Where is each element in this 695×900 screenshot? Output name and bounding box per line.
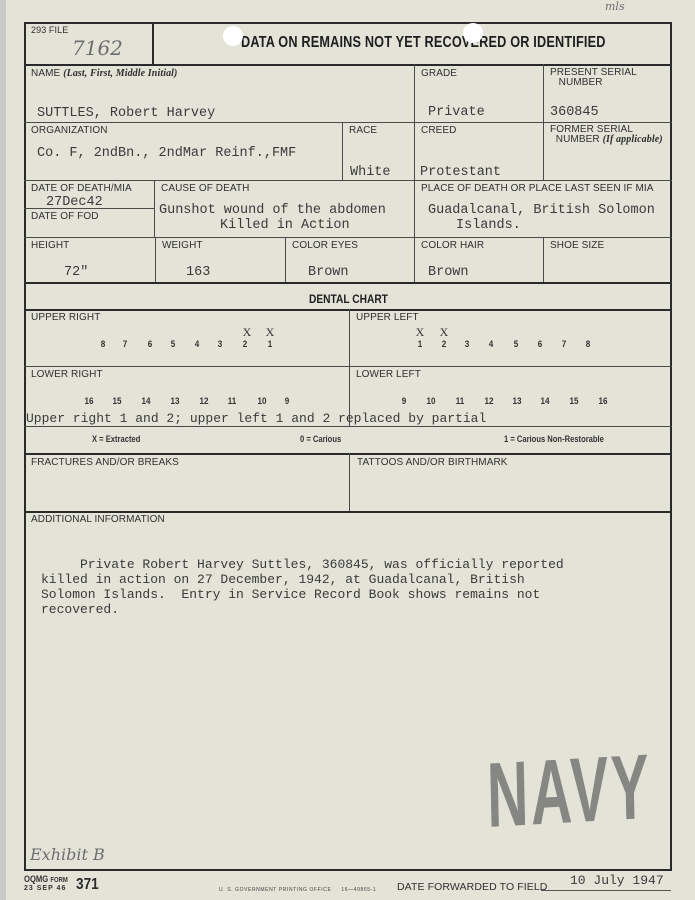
extracted-mark-ul-2: X	[437, 325, 451, 340]
tooth-ur-6: 6	[144, 339, 156, 350]
tooth-ll-10: 10	[425, 396, 437, 407]
creed-value: Protestant	[420, 165, 501, 180]
race-label: RACE	[349, 125, 377, 136]
printer-line: U. S. GOVERNMENT PRINTING OFFICE 16—4986…	[219, 887, 376, 893]
place-of-death-line-1: Guadalcanal, British Solomon	[428, 203, 655, 218]
upper-right-label: UPPER RIGHT	[31, 312, 100, 323]
additional-line-4: recovered.	[41, 602, 564, 617]
tooth-lr-15: 15	[111, 396, 123, 407]
file-label: 293 FILE	[31, 25, 68, 35]
tooth-ur-4: 4	[191, 339, 203, 350]
weight-value: 163	[186, 265, 210, 280]
legend-non-restorable: 1 = Carious Non-Restorable	[504, 434, 604, 445]
form-date: 23 SEP 46	[24, 885, 76, 893]
tooth-ll-11: 11	[454, 396, 466, 407]
hair-divider	[414, 237, 415, 282]
additional-info-text: Private Robert Harvey Suttles, 360845, w…	[41, 557, 564, 617]
death-row-divider	[24, 237, 672, 238]
height-label: HEIGHT	[31, 240, 69, 251]
place-of-death-label: PLACE OF DEATH OR PLACE LAST SEEN IF MIA	[421, 183, 654, 194]
height-value: 72"	[64, 265, 88, 280]
cause-of-death-line-2: Killed in Action	[220, 218, 350, 233]
additional-line-2: killed in action on 27 December, 1942, a…	[41, 572, 564, 587]
lower-left-label: LOWER LEFT	[356, 369, 421, 380]
punch-hole-right	[463, 23, 483, 43]
dental-center-divider	[349, 309, 350, 426]
marks-row-divider	[24, 511, 672, 513]
file-number: 7162	[72, 36, 123, 60]
date-forwarded-label: DATE FORWARDED TO FIELD	[397, 881, 547, 893]
initials-handwritten: mls	[605, 0, 625, 13]
extracted-mark-ur-2: X	[240, 325, 254, 340]
tooth-ll-9: 9	[398, 396, 410, 407]
form-word: FORM	[50, 877, 68, 884]
lower-right-label: LOWER RIGHT	[31, 369, 103, 380]
additional-line-1: Private Robert Harvey Suttles, 360845, w…	[41, 557, 564, 572]
name-row-divider	[24, 122, 672, 123]
fod-divider	[24, 208, 154, 209]
tooth-ll-13: 13	[511, 396, 523, 407]
cause-of-death-label: CAUSE OF DEATH	[161, 183, 249, 194]
date-forwarded-line	[541, 890, 671, 891]
extracted-mark-ul-1: X	[413, 325, 427, 340]
form-title: DATA ON REMAINS NOT YET RECOVERED OR IDE…	[241, 34, 606, 52]
tooth-ur-8: 8	[97, 339, 109, 350]
form-id: OQMG FORM 23 SEP 46	[24, 875, 76, 893]
form-org: OQMG	[24, 874, 48, 884]
eyes-label: COLOR EYES	[292, 240, 358, 251]
race-divider	[342, 122, 343, 180]
grade-label: GRADE	[421, 68, 457, 79]
border-top	[24, 22, 672, 24]
exhibit-note-handwritten: Exhibit B	[30, 845, 105, 864]
place-divider	[414, 180, 415, 237]
tooth-ul-8: 8	[582, 339, 594, 350]
tooth-ll-14: 14	[539, 396, 551, 407]
tooth-ul-2: 2	[438, 339, 450, 350]
file-divider	[152, 22, 154, 64]
organization-label: ORGANIZATION	[31, 125, 108, 136]
race-value: White	[350, 165, 391, 180]
border-bottom	[24, 869, 672, 871]
tooth-ur-5: 5	[167, 339, 179, 350]
dental-title-divider	[24, 309, 672, 311]
form-number: 371	[76, 876, 99, 894]
legend-row-divider	[24, 453, 672, 455]
upper-row-divider	[24, 366, 672, 367]
legend-extracted: X = Extracted	[92, 434, 140, 445]
weight-divider	[155, 237, 156, 282]
cause-of-death-line-1: Gunshot wound of the abdomen	[159, 203, 386, 218]
shoe-divider	[543, 237, 544, 282]
date-forwarded-value: 10 July 1947	[570, 873, 664, 888]
tooth-lr-10: 10	[256, 396, 268, 407]
extracted-mark-ur-1: X	[263, 325, 277, 340]
weight-label: WEIGHT	[162, 240, 203, 251]
additional-line-3: Solomon Islands. Entry in Service Record…	[41, 587, 564, 602]
tooth-lr-14: 14	[140, 396, 152, 407]
tooth-lr-16: 16	[83, 396, 95, 407]
name-label: NAME (Last, First, Middle Initial)	[31, 68, 178, 79]
tooth-ur-2: 2	[239, 339, 251, 350]
grade-divider	[414, 64, 415, 122]
tooth-ul-5: 5	[510, 339, 522, 350]
tooth-ul-1: 1	[414, 339, 426, 350]
dental-title-wrap: DENTAL CHART	[24, 290, 672, 308]
tooth-lr-11: 11	[226, 396, 238, 407]
tooth-ur-1: 1	[264, 339, 276, 350]
tooth-ur-7: 7	[119, 339, 131, 350]
tooth-ll-16: 16	[597, 396, 609, 407]
cause-divider	[154, 180, 155, 237]
creed-divider	[414, 122, 415, 180]
border-left	[24, 22, 26, 871]
present-serial-value: 360845	[550, 105, 599, 120]
header-divider	[24, 64, 672, 66]
tooth-lr-9: 9	[281, 396, 293, 407]
org-row-divider	[24, 180, 672, 181]
date-of-fod-label: DATE OF FOD	[31, 211, 99, 222]
tooth-ul-3: 3	[461, 339, 473, 350]
present-serial-label: PRESENT SERIAL NUMBER	[550, 68, 637, 88]
tooth-lr-12: 12	[198, 396, 210, 407]
name-value: SUTTLES, Robert Harvey	[37, 106, 215, 121]
tooth-ll-12: 12	[483, 396, 495, 407]
place-of-death-line-2: Islands.	[456, 218, 521, 233]
tooth-lr-13: 13	[169, 396, 181, 407]
tooth-ul-6: 6	[534, 339, 546, 350]
fractures-label: FRACTURES AND/OR BREAKS	[31, 457, 179, 468]
former-serial-label: FORMER SERIAL NUMBER (If applicable)	[550, 125, 663, 145]
navy-stamp: NAVY	[486, 735, 652, 849]
date-of-death-label: DATE OF DEATH/MIA	[31, 183, 132, 194]
tooth-ur-3: 3	[214, 339, 226, 350]
legend-carious: 0 = Carious	[300, 434, 341, 445]
additional-info-label: ADDITIONAL INFORMATION	[31, 514, 165, 525]
shoe-label: SHOE SIZE	[550, 240, 604, 251]
eyes-divider	[285, 237, 286, 282]
border-right	[670, 22, 672, 871]
grade-value: Private	[428, 105, 485, 120]
tooth-ul-7: 7	[558, 339, 570, 350]
dental-note: Upper right 1 and 2; upper left 1 and 2 …	[26, 411, 486, 426]
hair-value: Brown	[428, 265, 469, 280]
tooth-ll-15: 15	[568, 396, 580, 407]
punch-hole-left	[223, 26, 243, 46]
hair-label: COLOR HAIR	[421, 240, 484, 251]
organization-value: Co. F, 2ndBn., 2ndMar Reinf.,FMF	[37, 146, 296, 161]
lower-row-divider	[24, 426, 672, 427]
physical-row-divider	[24, 282, 672, 284]
dental-chart-title: DENTAL CHART	[309, 292, 388, 306]
tattoos-label: TATTOOS AND/OR BIRTHMARK	[357, 457, 508, 468]
tooth-ul-4: 4	[485, 339, 497, 350]
eyes-value: Brown	[308, 265, 349, 280]
fractures-divider	[349, 453, 350, 511]
creed-label: CREED	[421, 125, 457, 136]
upper-left-label: UPPER LEFT	[356, 312, 419, 323]
